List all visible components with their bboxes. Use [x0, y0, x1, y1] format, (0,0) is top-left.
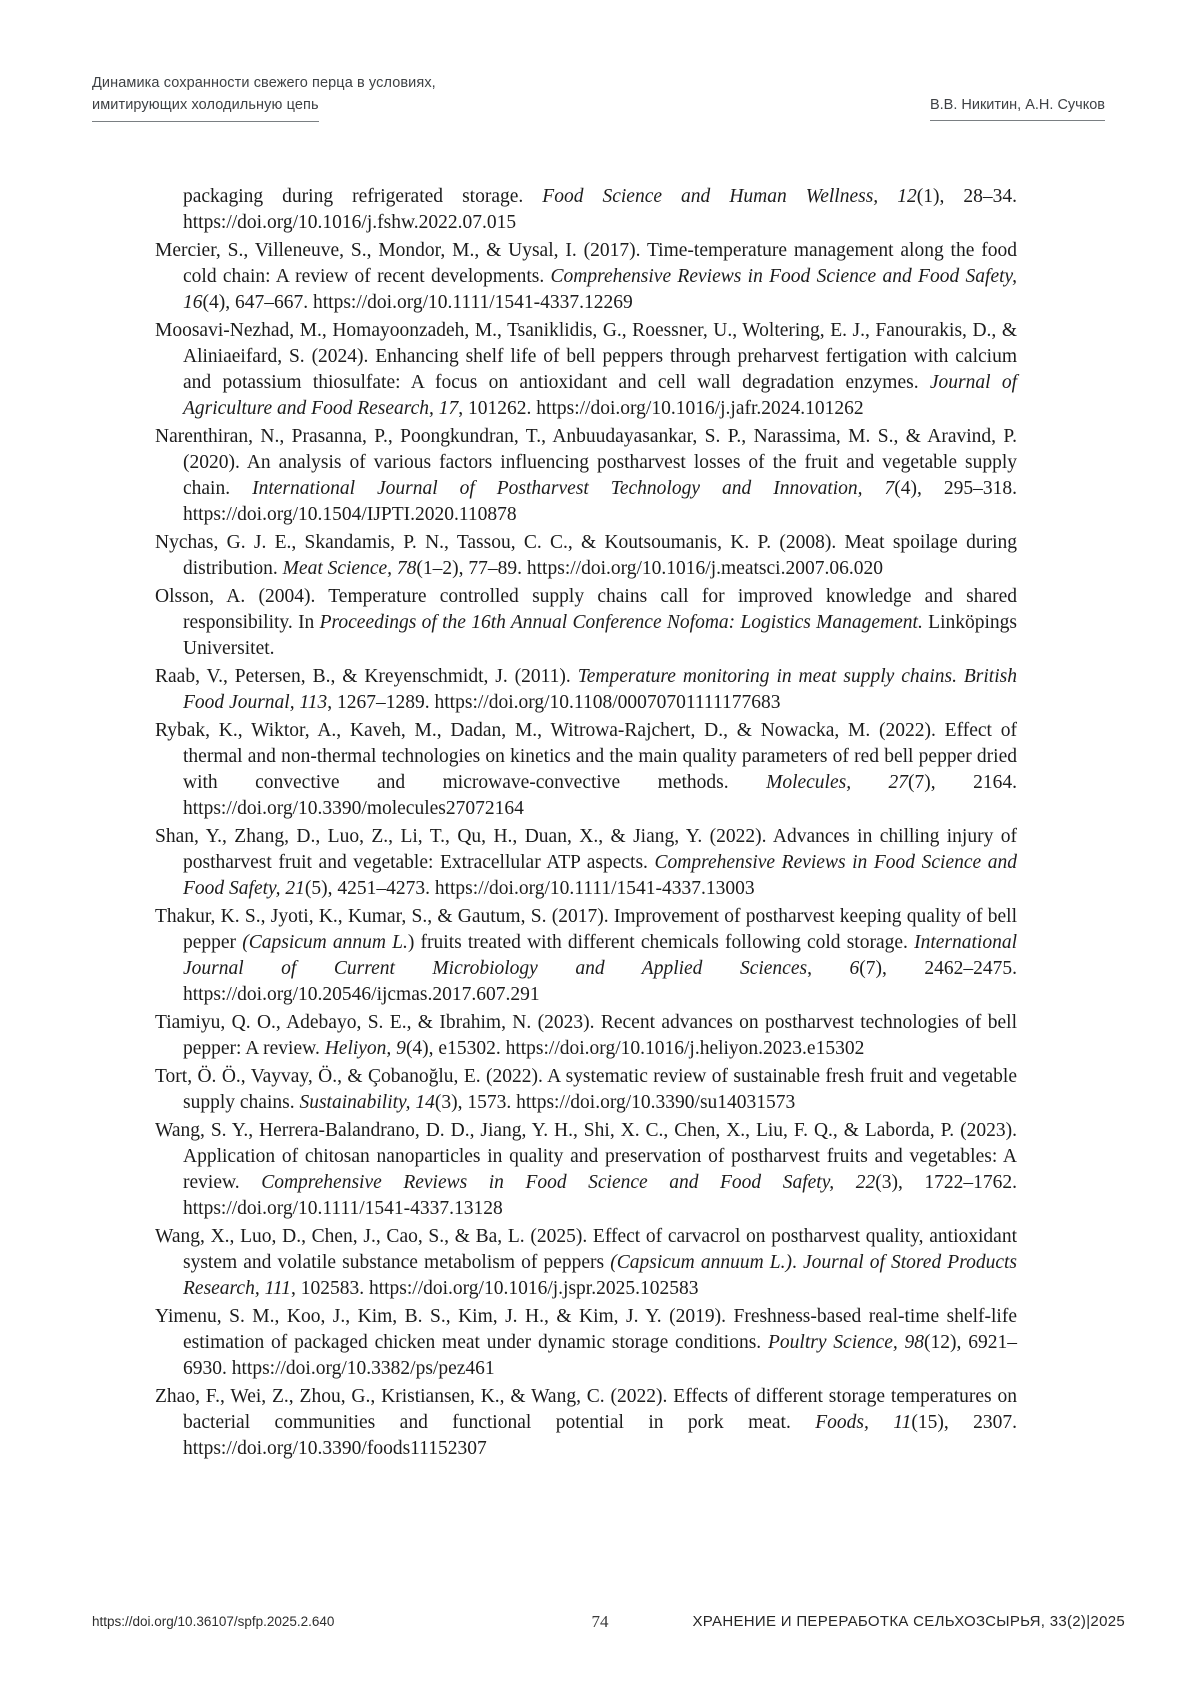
running-title: Динамика сохранности свежего перца в усл… [92, 72, 436, 122]
reference-entry: Nychas, G. J. E., Skandamis, P. N., Tass… [155, 530, 1017, 582]
running-title-line2: имитирующих холодильную цепь [92, 94, 319, 122]
reference-entry: Thakur, K. S., Jyoti, K., Kumar, S., & G… [155, 904, 1017, 1008]
running-title-line1: Динамика сохранности свежего перца в усл… [92, 72, 436, 94]
reference-entry: Wang, X., Luo, D., Chen, J., Cao, S., & … [155, 1224, 1017, 1302]
reference-entry: Rybak, K., Wiktor, A., Kaveh, M., Dadan,… [155, 718, 1017, 822]
references-list: packaging during refrigerated storage. F… [155, 184, 1017, 1464]
reference-entry: Narenthiran, N., Prasanna, P., Poongkund… [155, 424, 1017, 528]
reference-entry: Shan, Y., Zhang, D., Luo, Z., Li, T., Qu… [155, 824, 1017, 902]
reference-entry: Wang, S. Y., Herrera-Balandrano, D. D., … [155, 1118, 1017, 1222]
reference-entry: Tiamiyu, Q. O., Adebayo, S. E., & Ibrahi… [155, 1010, 1017, 1062]
page-footer: https://doi.org/10.36107/spfp.2025.2.640… [0, 1612, 1200, 1636]
footer-doi: https://doi.org/10.36107/spfp.2025.2.640 [92, 1614, 334, 1629]
reference-entry: Raab, V., Petersen, B., & Kreyenschmidt,… [155, 664, 1017, 716]
page: Динамика сохранности свежего перца в усл… [0, 0, 1200, 1697]
reference-entry: Olsson, A. (2004). Temperature controlle… [155, 584, 1017, 662]
page-number: 74 [592, 1612, 609, 1632]
reference-entry: Yimenu, S. M., Koo, J., Kim, B. S., Kim,… [155, 1304, 1017, 1382]
reference-entry: packaging during refrigerated storage. F… [155, 184, 1017, 236]
running-head-authors: В.В. Никитин, А.Н. Сучков [930, 94, 1105, 121]
reference-entry: Tort, Ö. Ö., Vayvay, Ö., & Çobanoğlu, E.… [155, 1064, 1017, 1116]
reference-entry: Zhao, F., Wei, Z., Zhou, G., Kristiansen… [155, 1384, 1017, 1462]
reference-entry: Moosavi-Nezhad, M., Homayoonzadeh, M., T… [155, 318, 1017, 422]
reference-entry: Mercier, S., Villeneuve, S., Mondor, M.,… [155, 238, 1017, 316]
footer-journal-title: ХРАНЕНИЕ И ПЕРЕРАБОТКА СЕЛЬХОЗСЫРЬЯ, 33(… [692, 1613, 1125, 1630]
